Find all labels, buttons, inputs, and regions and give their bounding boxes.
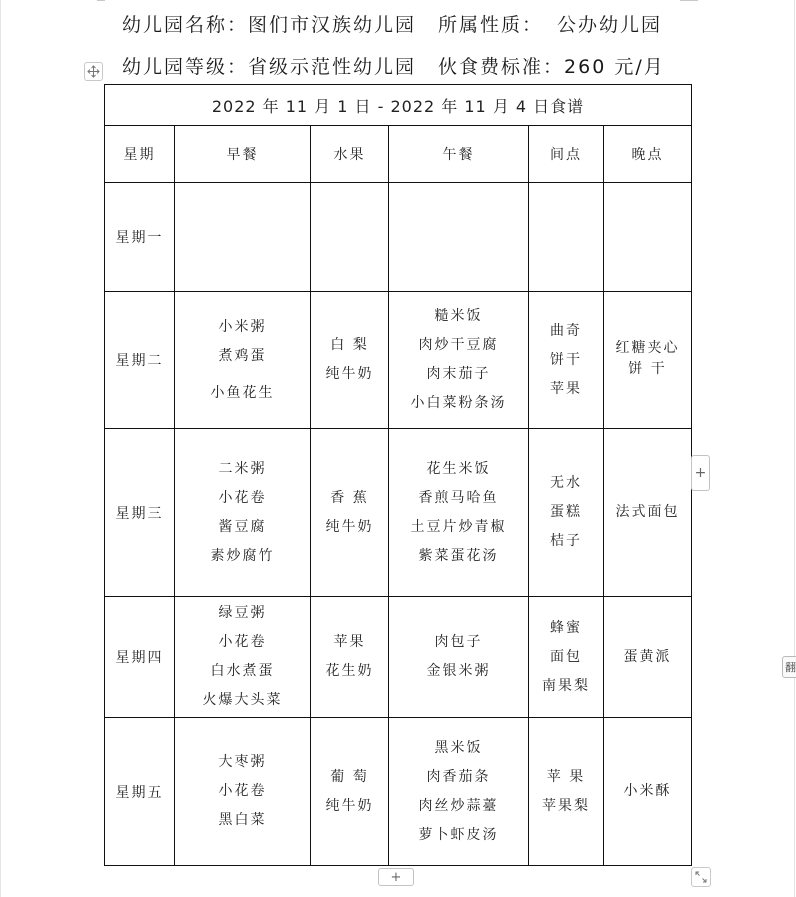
column-header-day[interactable]: 星期 [105, 126, 175, 183]
snack-cell[interactable]: 曲奇 饼干 苹果 [529, 292, 604, 429]
page-margin-mark-left [97, 0, 105, 1]
add-column-button[interactable]: + [691, 455, 710, 491]
breakfast-cell[interactable]: 小米粥 煮鸡蛋 小鱼花生 [175, 292, 311, 429]
dinner-cell[interactable]: 小米酥 [604, 718, 692, 866]
column-header-lunch[interactable]: 午餐 [389, 126, 529, 183]
table-title-row: 2022 年 11 月 1 日 - 2022 年 11 月 4 日食谱 [105, 85, 692, 126]
menu-item: 肉香茄条 [389, 763, 528, 792]
menu-item: 蜂蜜 [529, 614, 603, 643]
side-tab-label: 翻 [785, 659, 796, 675]
fee-value: 260 元/月 [564, 56, 665, 78]
kindergarten-info-line-2: 幼儿园等级：省级示范性幼儿园伙食费标准：260 元/月 [122, 52, 665, 79]
table-resize-handle[interactable] [691, 867, 711, 887]
dinner-cell[interactable]: 法式面包 [604, 429, 692, 597]
menu-item: 土豆片炒青椒 [389, 513, 528, 542]
menu-item: 饼干 [529, 346, 603, 375]
page-edge-left [0, 0, 1, 897]
table-row: 星期三 二米粥 小花卷 酱豆腐 素炒腐竹 香 蕉 纯牛奶 花生米饭 香煎马哈鱼 … [105, 429, 692, 597]
menu-item: 紫菜蛋花汤 [389, 542, 528, 571]
kindergarten-info-line-1: 幼儿园名称：图们市汉族幼儿园所属性质：公办幼儿园 [122, 10, 662, 37]
lunch-cell[interactable] [389, 183, 529, 292]
menu-item: 蛋黄派 [604, 643, 691, 672]
table-row: 星期五 大枣粥 小花卷 黑白菜 葡 萄 纯牛奶 黑米饭 肉香茄条 肉丝炒蒜薹 萝… [105, 718, 692, 866]
snack-cell[interactable]: 无水 蛋糕 桔子 [529, 429, 604, 597]
menu-item: 火爆大头菜 [175, 686, 310, 715]
menu-item: 苹果 [311, 628, 388, 657]
table-move-handle[interactable] [84, 62, 103, 81]
column-header-fruit[interactable]: 水果 [311, 126, 389, 183]
menu-item: 肉炒干豆腐 [389, 331, 528, 360]
day-cell[interactable]: 星期五 [105, 718, 175, 866]
menu-item: 黑白菜 [175, 806, 310, 835]
menu-item: 肉包子 [389, 628, 528, 657]
breakfast-cell[interactable]: 绿豆粥 小花卷 白水煮蛋 火爆大头菜 [175, 597, 311, 718]
menu-item: 肉丝炒蒜薹 [389, 792, 528, 821]
move-arrows-icon [87, 65, 100, 78]
menu-item: 花生奶 [311, 657, 388, 686]
snack-cell[interactable]: 苹 果 苹果梨 [529, 718, 604, 866]
fruit-cell[interactable] [311, 183, 389, 292]
menu-item: 纯牛奶 [311, 360, 388, 389]
menu-item: 酱豆腐 [175, 513, 310, 542]
lunch-cell[interactable]: 糙米饭 肉炒干豆腐 肉末茄子 小白菜粉条汤 [389, 292, 529, 429]
menu-item: 小花卷 [175, 484, 310, 513]
fruit-cell[interactable]: 葡 萄 纯牛奶 [311, 718, 389, 866]
fee-label: 伙食费标准： [438, 56, 564, 78]
dinner-cell[interactable] [604, 183, 692, 292]
menu-item: 苹 果 [529, 763, 603, 792]
menu-item: 花生米饭 [389, 455, 528, 484]
resize-diagonal-icon [694, 870, 708, 884]
menu-item: 曲奇 [529, 317, 603, 346]
menu-item: 葡 萄 [311, 763, 388, 792]
nature-label: 所属性质： [438, 14, 543, 36]
menu-item: 小米粥 [175, 313, 310, 342]
level-value: 省级示范性幼儿园 [248, 56, 416, 78]
dinner-cell[interactable]: 蛋黄派 [604, 597, 692, 718]
menu-item: 桔子 [529, 527, 603, 556]
menu-item: 小鱼花生 [175, 379, 310, 408]
side-panel-tab[interactable]: 翻 [782, 656, 796, 678]
fruit-cell[interactable]: 香 蕉 纯牛奶 [311, 429, 389, 597]
column-header-breakfast[interactable]: 早餐 [175, 126, 311, 183]
table-row: 星期二 小米粥 煮鸡蛋 小鱼花生 白 梨 纯牛奶 糙米饭 肉炒干豆腐 肉末茄子 … [105, 292, 692, 429]
menu-item: 苹果 [529, 375, 603, 404]
table-header-row: 星期 早餐 水果 午餐 间点 晚点 [105, 126, 692, 183]
menu-table: 2022 年 11 月 1 日 - 2022 年 11 月 4 日食谱 星期 早… [104, 84, 692, 866]
breakfast-cell[interactable]: 大枣粥 小花卷 黑白菜 [175, 718, 311, 866]
snack-cell[interactable]: 蜂蜜 面包 南果梨 [529, 597, 604, 718]
plus-icon: + [695, 465, 707, 481]
menu-item: 黑米饭 [389, 734, 528, 763]
column-header-dinner[interactable]: 晚点 [604, 126, 692, 183]
breakfast-cell[interactable]: 二米粥 小花卷 酱豆腐 素炒腐竹 [175, 429, 311, 597]
menu-item: 萝卜虾皮汤 [389, 821, 528, 850]
table-row: 星期一 [105, 183, 692, 292]
name-value: 图们市汉族幼儿园 [248, 14, 416, 36]
day-cell[interactable]: 星期四 [105, 597, 175, 718]
day-cell[interactable]: 星期二 [105, 292, 175, 429]
menu-item: 肉末茄子 [389, 360, 528, 389]
menu-item: 苹果梨 [529, 792, 603, 821]
page-edge-right [794, 0, 795, 897]
level-label: 幼儿园等级： [122, 56, 248, 78]
column-header-snack[interactable]: 间点 [529, 126, 604, 183]
menu-item: 香煎马哈鱼 [389, 484, 528, 513]
menu-item: 金银米粥 [389, 657, 528, 686]
menu-item: 素炒腐竹 [175, 542, 310, 571]
menu-item: 小米酥 [604, 777, 691, 806]
menu-item: 纯牛奶 [311, 792, 388, 821]
snack-cell[interactable] [529, 183, 604, 292]
menu-item: 无水 [529, 469, 603, 498]
page-margin-mark-right [680, 0, 698, 1]
menu-item: 糙米饭 [389, 302, 528, 331]
fruit-cell[interactable]: 苹果 花生奶 [311, 597, 389, 718]
lunch-cell[interactable]: 黑米饭 肉香茄条 肉丝炒蒜薹 萝卜虾皮汤 [389, 718, 529, 866]
menu-item: 白 梨 [311, 331, 388, 360]
menu-item: 饼 干 [604, 359, 691, 380]
menu-item: 红糖夹心 [604, 338, 691, 359]
table-title[interactable]: 2022 年 11 月 1 日 - 2022 年 11 月 4 日食谱 [105, 85, 692, 126]
table-row: 星期四 绿豆粥 小花卷 白水煮蛋 火爆大头菜 苹果 花生奶 肉包子 金银米粥 蜂… [105, 597, 692, 718]
menu-item: 法式面包 [604, 498, 691, 527]
breakfast-cell[interactable] [175, 183, 311, 292]
menu-item: 小白菜粉条汤 [389, 389, 528, 418]
menu-item: 南果梨 [529, 672, 603, 701]
lunch-cell[interactable]: 花生米饭 香煎马哈鱼 土豆片炒青椒 紫菜蛋花汤 [389, 429, 529, 597]
menu-item: 二米粥 [175, 455, 310, 484]
menu-item: 小花卷 [175, 777, 310, 806]
fruit-cell[interactable]: 白 梨 纯牛奶 [311, 292, 389, 429]
name-label: 幼儿园名称： [122, 14, 248, 36]
menu-item: 香 蕉 [311, 484, 388, 513]
add-row-button[interactable]: + [378, 868, 414, 886]
menu-item: 大枣粥 [175, 748, 310, 777]
day-cell[interactable]: 星期一 [105, 183, 175, 292]
menu-item: 煮鸡蛋 [175, 342, 310, 371]
plus-icon: + [391, 870, 402, 885]
menu-item: 纯牛奶 [311, 513, 388, 542]
menu-item: 绿豆粥 [175, 599, 310, 628]
menu-item: 小花卷 [175, 628, 310, 657]
menu-item: 白水煮蛋 [175, 657, 310, 686]
lunch-cell[interactable]: 肉包子 金银米粥 [389, 597, 529, 718]
menu-item: 蛋糕 [529, 498, 603, 527]
dinner-cell[interactable]: 红糖夹心 饼 干 [604, 292, 692, 429]
menu-item: 面包 [529, 643, 603, 672]
nature-value: 公办幼儿园 [557, 14, 662, 36]
day-cell[interactable]: 星期三 [105, 429, 175, 597]
